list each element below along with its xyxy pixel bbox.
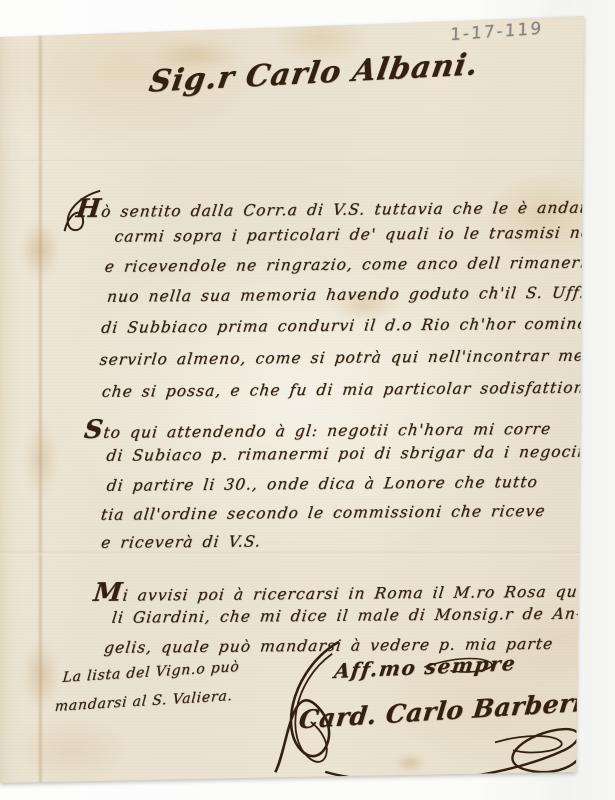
letter-line: Hò sentito dalla Corr.a di V.S. tuttavia… xyxy=(75,189,615,224)
letter-line: e riceverà di V.S. xyxy=(100,532,262,551)
letter-line: di Subbiaco prima condurvi il d.o Rio ch… xyxy=(100,314,615,337)
letter-page-wrap: 1-17-119 Sig.r Carlo Albani. Hò sentito … xyxy=(0,0,615,800)
letter-line: e ricevendole ne ringrazio, come anco de… xyxy=(104,253,615,276)
letter-line: tia all'ordine secondo le commissioni ch… xyxy=(100,502,547,524)
letter-line: carmi sopra i particolari de' quali io l… xyxy=(114,223,615,245)
letter-line: servirlo almeno, come si potrà qui nell'… xyxy=(99,347,592,369)
letter-text-layer: Sig.r Carlo Albani. Hò sentito dalla Cor… xyxy=(0,0,615,800)
letter-line: Mi avvisi poi à ricercarsi in Roma il M.… xyxy=(92,573,596,607)
signature-name: Card. Carlo Barberini xyxy=(297,686,613,734)
letter-line: di Subiaco p. rimanermi poi di sbrigar d… xyxy=(105,443,584,465)
salutation: Sig.r Carlo Albani. xyxy=(147,47,482,100)
signature-valediction: Aff.mo sempre xyxy=(333,651,518,683)
scanner-background: 1-17-119 Sig.r Carlo Albani. Hò sentito … xyxy=(0,0,615,800)
marginal-note-line: La lista del Vign.o può xyxy=(62,659,240,686)
letter-line: li Giardini, che mi dice il male di Mons… xyxy=(111,605,583,627)
letter-line: di partire li 30., onde dica à Lonore ch… xyxy=(106,473,539,495)
letter-page: 1-17-119 Sig.r Carlo Albani. Hò sentito … xyxy=(0,0,615,800)
marginal-note-line: mandarsi al S. Valiera. xyxy=(54,688,233,715)
letter-line: nuo nella sua memoria havendo goduto ch'… xyxy=(106,283,605,305)
letter-line: che si possa, e che fu di mia particolar… xyxy=(101,378,596,400)
letter-line: Sto qui attendendo à gl: negotii ch'hora… xyxy=(83,411,554,445)
